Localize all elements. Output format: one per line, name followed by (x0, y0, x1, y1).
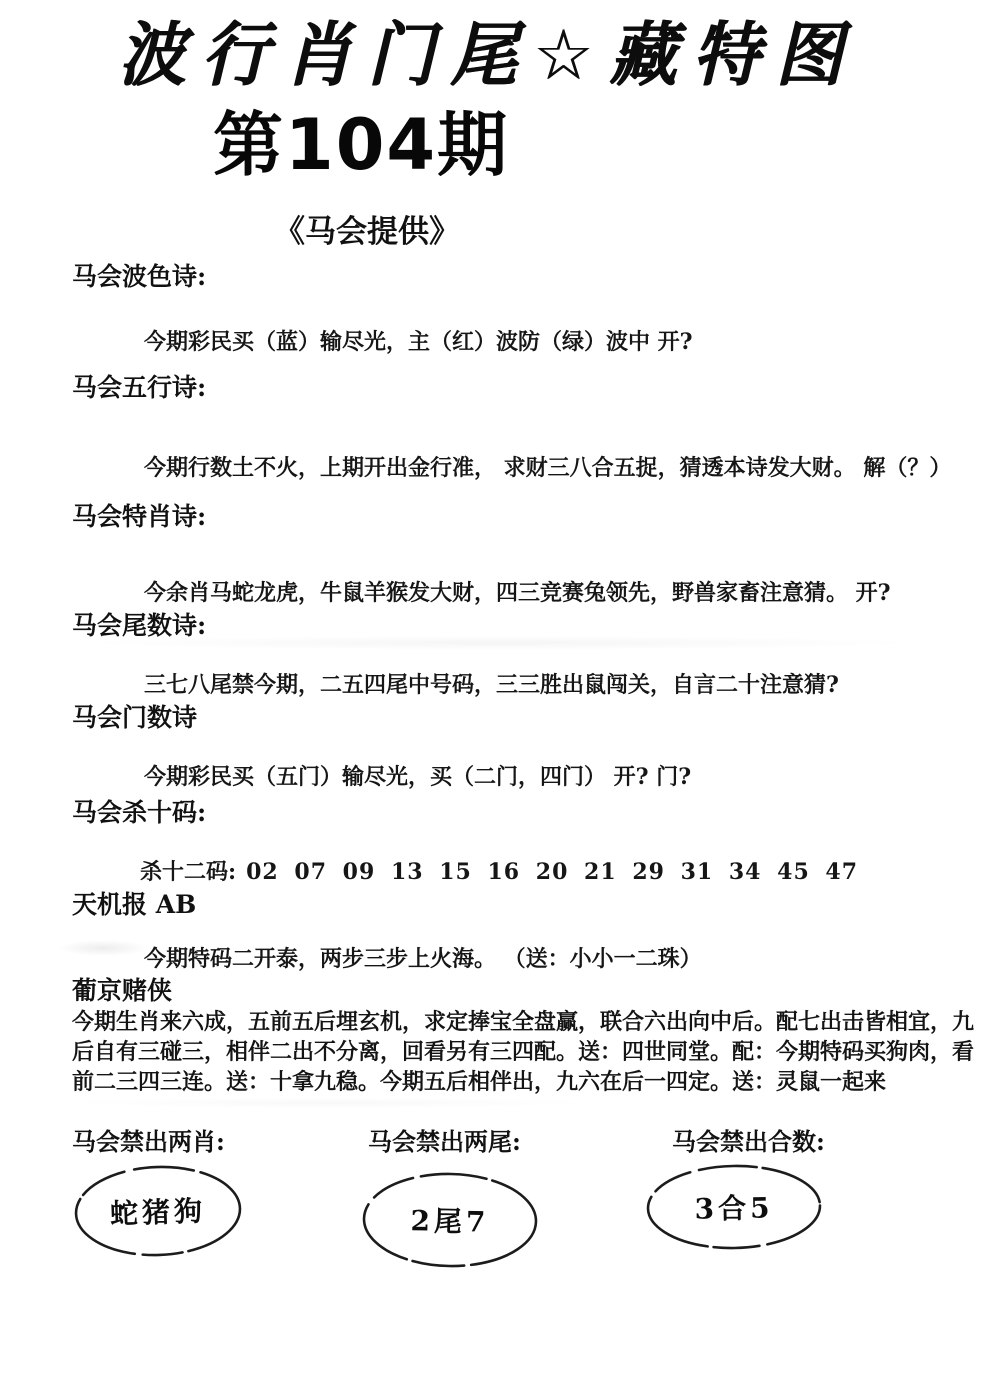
section-label-color-poem: 马会波色诗: (72, 263, 206, 292)
forbidden-sum-value: 3合5 (694, 1186, 774, 1227)
element-poem-line: 今期行数土不火，上期开出金行准， 求财三八合五捉，猜透本诗发大财。 解（？） (144, 455, 951, 481)
forbidden-two-zodiac-label: 马会禁出两肖: (72, 1122, 225, 1157)
gate-poem-line: 今期彩民买（五门）输尽光，买（二门，四门） 开? 门? (144, 764, 691, 790)
forbidden-two-zodiac-oval: 蛇猪狗 (70, 1160, 245, 1262)
tail-poem-line: 三七八尾禁今期，二五四尾中号码，三三胜出鼠闯关，自言二十注意猜? (144, 672, 839, 698)
section-label-zodiac-poem: 马会特肖诗: (72, 503, 206, 532)
section-label-tail-poem: 马会尾数诗: (72, 612, 206, 641)
scan-smudge (70, 1098, 590, 1108)
zodiac-poem-line: 今余肖马蛇龙虎，牛鼠羊猴发大财，四三竞赛兔领先，野兽家畜注意猜。 开? (144, 580, 891, 606)
lottery-tip-sheet: 波行肖门尾☆藏特图 第104期 《马会提供》 马会波色诗: 今期彩民买（蓝）输尽… (0, 0, 981, 1388)
kill-codes-line: 杀十二码:02 07 09 13 15 16 20 21 29 31 34 45… (140, 859, 858, 885)
forbidden-two-zodiac-value: 蛇猪狗 (109, 1189, 206, 1232)
section-label-element-poem: 马会五行诗: (72, 374, 206, 403)
forbidden-two-tail-oval: 2尾7 (359, 1168, 541, 1271)
issue-number: 第104期 (213, 110, 509, 180)
forbidden-two-tail-value: 2尾7 (410, 1199, 490, 1240)
pujing-paragraph: 今期生肖来六成，五前五后埋玄机，求定捧宝全盘赢，联合六出向中后。配七出击皆相宜，… (72, 1007, 922, 1097)
forbidden-sum-label: 马会禁出合数: (672, 1122, 825, 1157)
pujing-paragraph-line: 前二三四三连。送：十拿九稳。今期五后相伴出，九六在后一四定。送：灵鼠一起来 (72, 1067, 922, 1097)
section-label-gate-poem: 马会门数诗 (72, 704, 197, 733)
forbidden-two-tail-label: 马会禁出两尾: (368, 1122, 521, 1157)
pujing-paragraph-line: 今期生肖来六成，五前五后埋玄机，求定捧宝全盘赢，联合六出向中后。配七出击皆相宜，… (72, 1007, 922, 1037)
pujing-paragraph-line: 后自有三碰三，相伴二出不分离，回看另有三四配。送：四世同堂。配：今期特码买狗肉，… (72, 1037, 922, 1067)
source-heading: 《马会提供》 (274, 214, 460, 251)
section-label-kill-codes: 马会杀十码: (72, 799, 206, 828)
section-label-tianji-report: 天机报 AB (72, 891, 196, 920)
kill-codes-values: 02 07 09 13 15 16 20 21 29 31 34 45 47 (236, 859, 858, 885)
page-title: 波行肖门尾☆藏特图 (118, 21, 858, 91)
tianji-poem-line: 今期特码二开泰，两步三步上火海。 （送：小小一二珠） (144, 946, 702, 972)
forbidden-sum-oval: 3合5 (643, 1160, 825, 1253)
scan-smudge (58, 940, 148, 956)
color-poem-line: 今期彩民买（蓝）输尽光，主（红）波防（绿）波中 开? (144, 329, 693, 355)
kill-codes-label: 杀十二码: (140, 859, 236, 885)
section-label-pujing-gambler: 葡京赌侠 (72, 977, 172, 1006)
